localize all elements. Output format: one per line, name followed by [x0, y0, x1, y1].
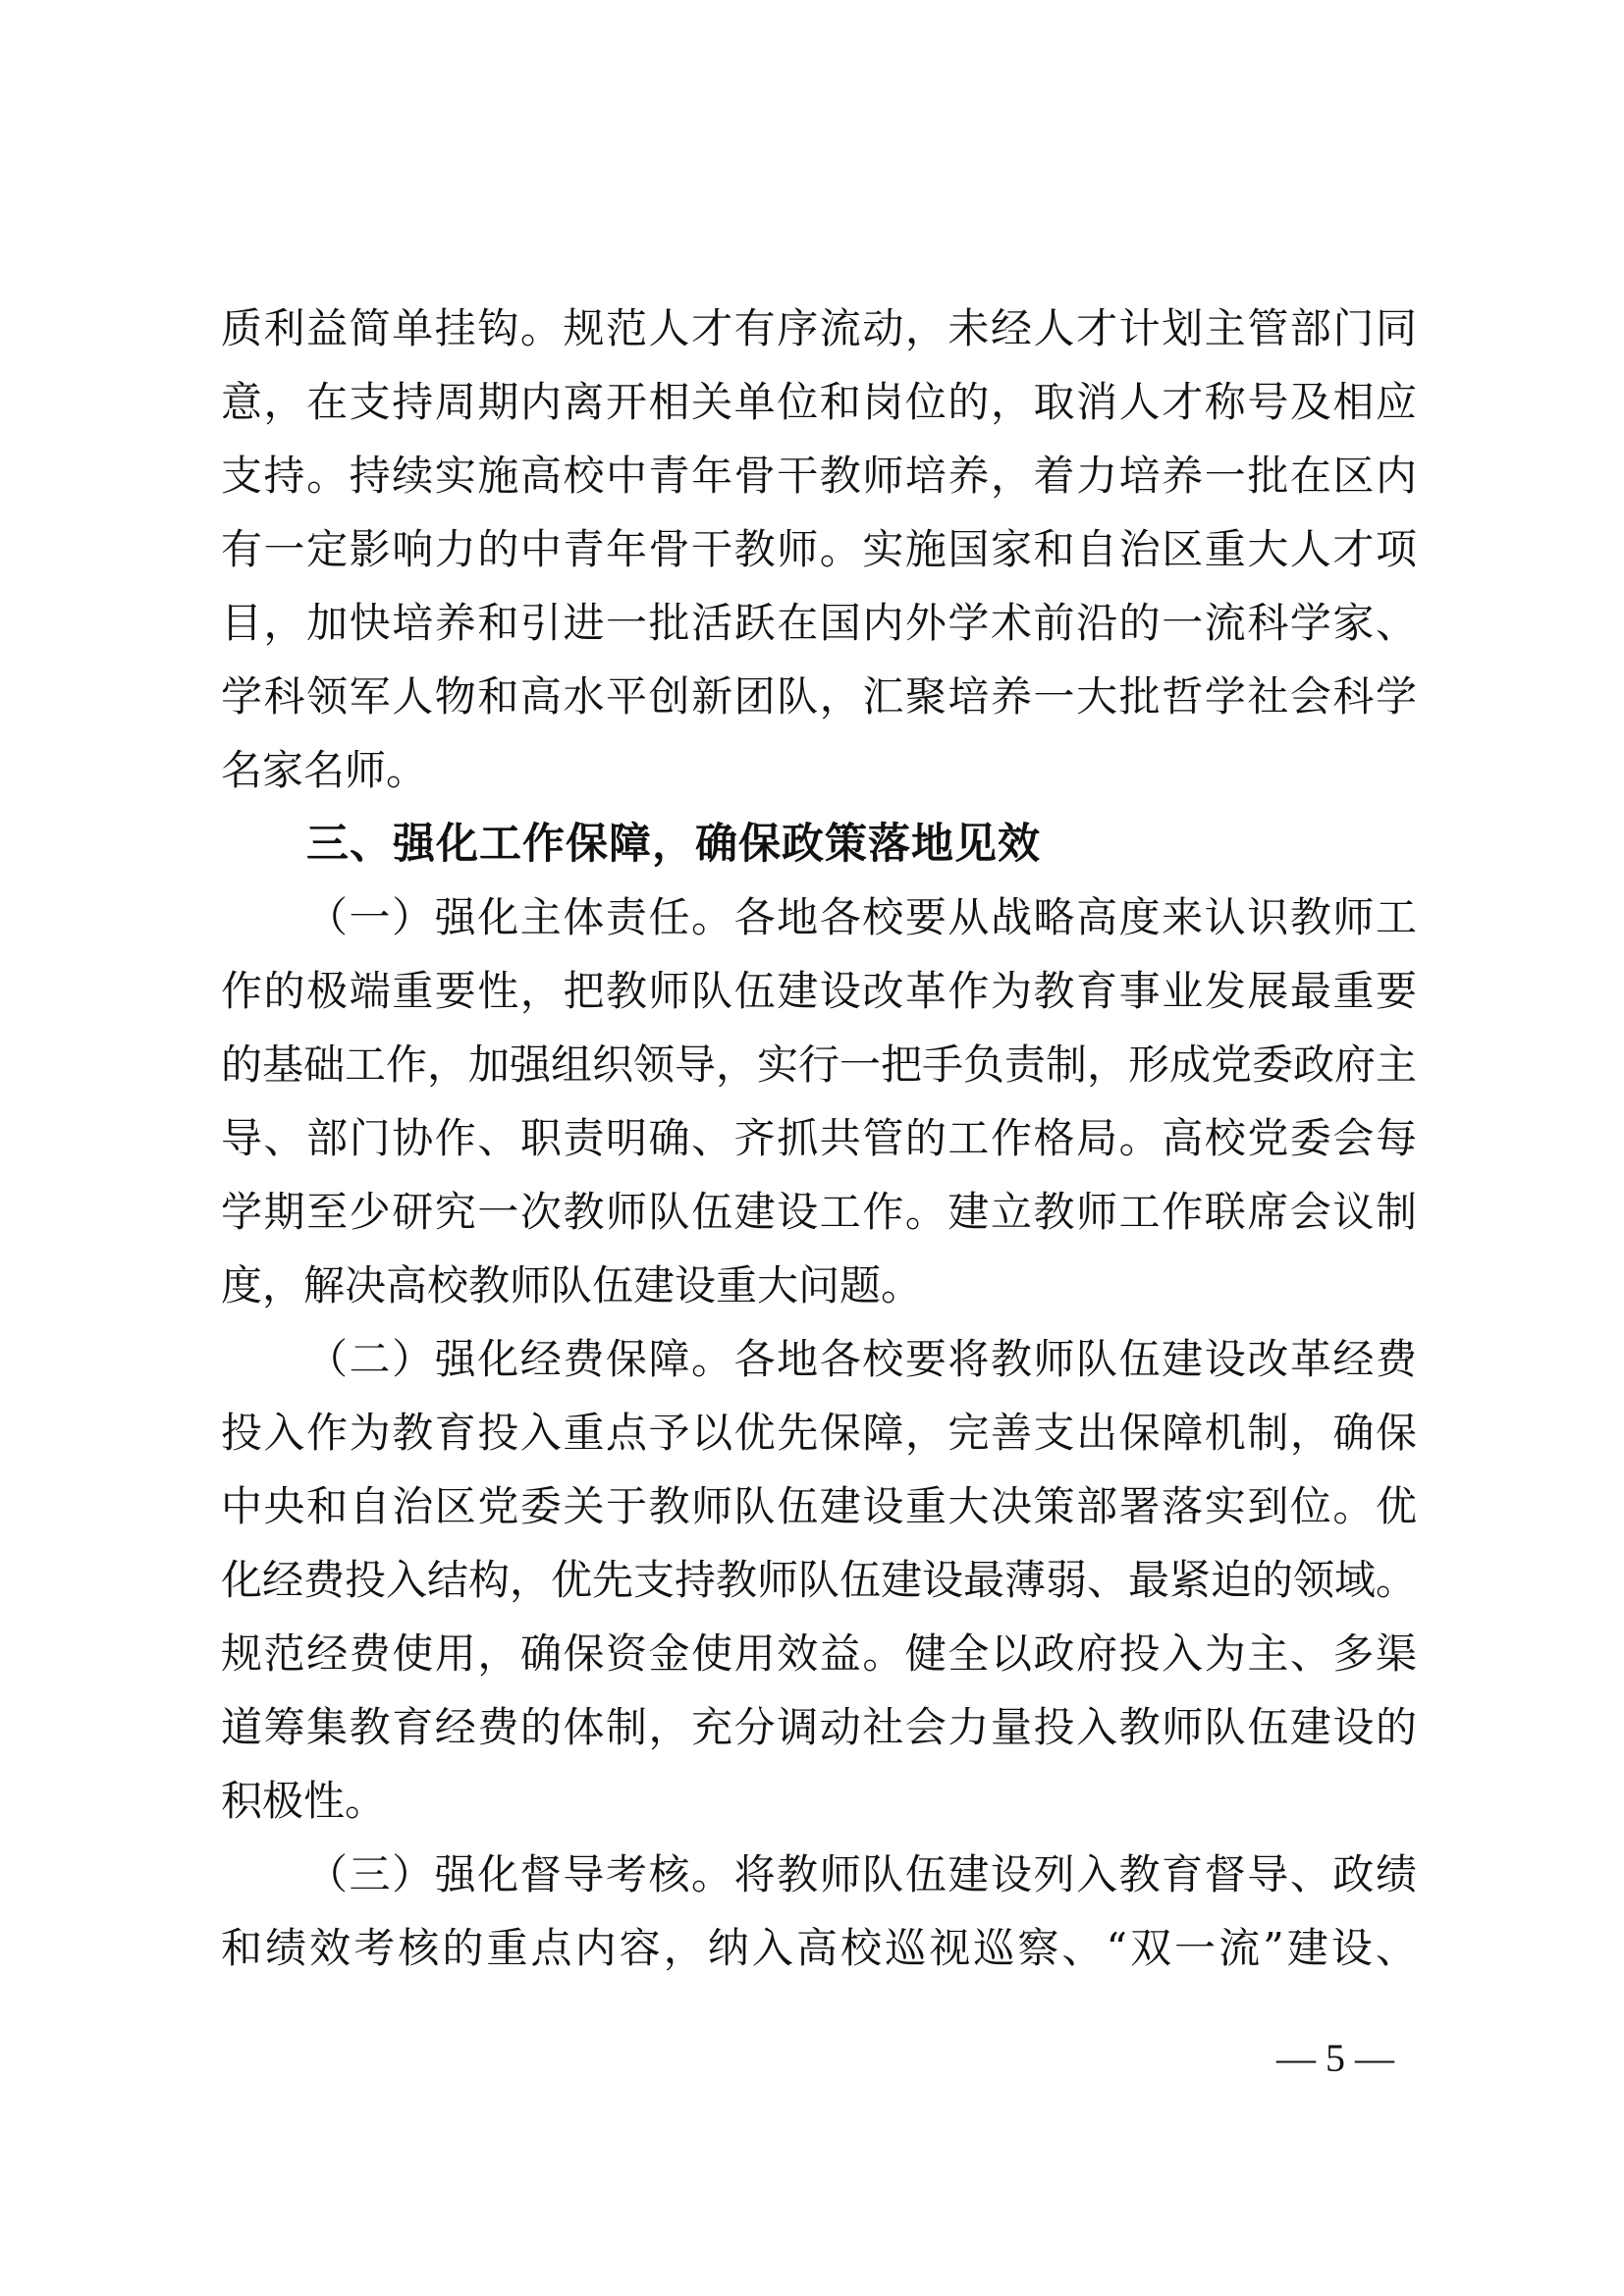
body-text-line: 道筹集教育经费的体制，充分调动社会力量投入教师队伍建设的 — [221, 1698, 1417, 1757]
body-text-line: 学期至少研究一次教师队伍建设工作。建立教师工作联席会议制 — [221, 1183, 1417, 1242]
subsection-lead: （三）强化督导考核。 — [306, 1850, 734, 1898]
document-page: 质利益简单挂钩。规范人才有序流动，未经人才计划主管部门同 意，在支持周期内离开相… — [0, 0, 1624, 2296]
body-text-line: 积极性。 — [221, 1772, 1417, 1831]
body-text-line: 中央和自治区党委关于教师队伍建设重大决策部署落实到位。优 — [221, 1477, 1417, 1536]
body-text-line: 意，在支持周期内离开相关单位和岗位的，取消人才称号及相应 — [221, 373, 1417, 432]
subsection-first-line: （三）强化督导考核。将教师队伍建设列入教育督导、政绩 — [306, 1845, 1417, 1904]
section-heading: 三、强化工作保障，确保政策落地见效 — [306, 815, 1417, 874]
body-text-line: 目，加快培养和引进一批活跃在国内外学术前沿的一流科学家、 — [221, 594, 1417, 653]
body-text-line: 度，解决高校教师队伍建设重大问题。 — [221, 1256, 1417, 1315]
body-text-line: 名家名师。 — [221, 741, 1417, 800]
body-text-line: 作的极端重要性，把教师队伍建设改革作为教育事业发展最重要 — [221, 962, 1417, 1021]
body-text-line: 和绩效考核的重点内容，纳入高校巡视巡察、“双一流”建设、 — [221, 1919, 1417, 1978]
page-number: — 5 — — [1267, 2034, 1404, 2083]
body-text: 将教师队伍建设列入教育督导、政绩 — [734, 1850, 1417, 1898]
body-text-line: 的基础工作，加强组织领导，实行一把手负责制，形成党委政府主 — [221, 1036, 1417, 1095]
body-text-line: 化经费投入结构，优先支持教师队伍建设最薄弱、最紧迫的领域。 — [221, 1551, 1417, 1610]
body-text-line: 学科领军人物和高水平创新团队，汇聚培养一大批哲学社会科学 — [221, 667, 1417, 726]
subsection-lead: （一）强化主体责任。 — [306, 893, 734, 941]
subsection-first-line: （二）强化经费保障。各地各校要将教师队伍建设改革经费 — [306, 1330, 1417, 1389]
body-text: 各地各校要从战略高度来认识教师工 — [734, 893, 1417, 941]
subsection-lead: （二）强化经费保障。 — [306, 1335, 734, 1383]
body-text-line: 规范经费使用，确保资金使用效益。健全以政府投入为主、多渠 — [221, 1625, 1417, 1683]
body-text-line: 支持。持续实施高校中青年骨干教师培养，着力培养一批在区内 — [221, 447, 1417, 506]
body-text-line: 质利益简单挂钩。规范人才有序流动，未经人才计划主管部门同 — [221, 299, 1417, 358]
subsection-first-line: （一）强化主体责任。各地各校要从战略高度来认识教师工 — [306, 888, 1417, 947]
body-text-line: 有一定影响力的中青年骨干教师。实施国家和自治区重大人才项 — [221, 520, 1417, 579]
body-text-line: 投入作为教育投入重点予以优先保障，完善支出保障机制，确保 — [221, 1404, 1417, 1463]
body-text-line: 导、部门协作、职责明确、齐抓共管的工作格局。高校党委会每 — [221, 1109, 1417, 1168]
body-text: 各地各校要将教师队伍建设改革经费 — [734, 1335, 1417, 1383]
